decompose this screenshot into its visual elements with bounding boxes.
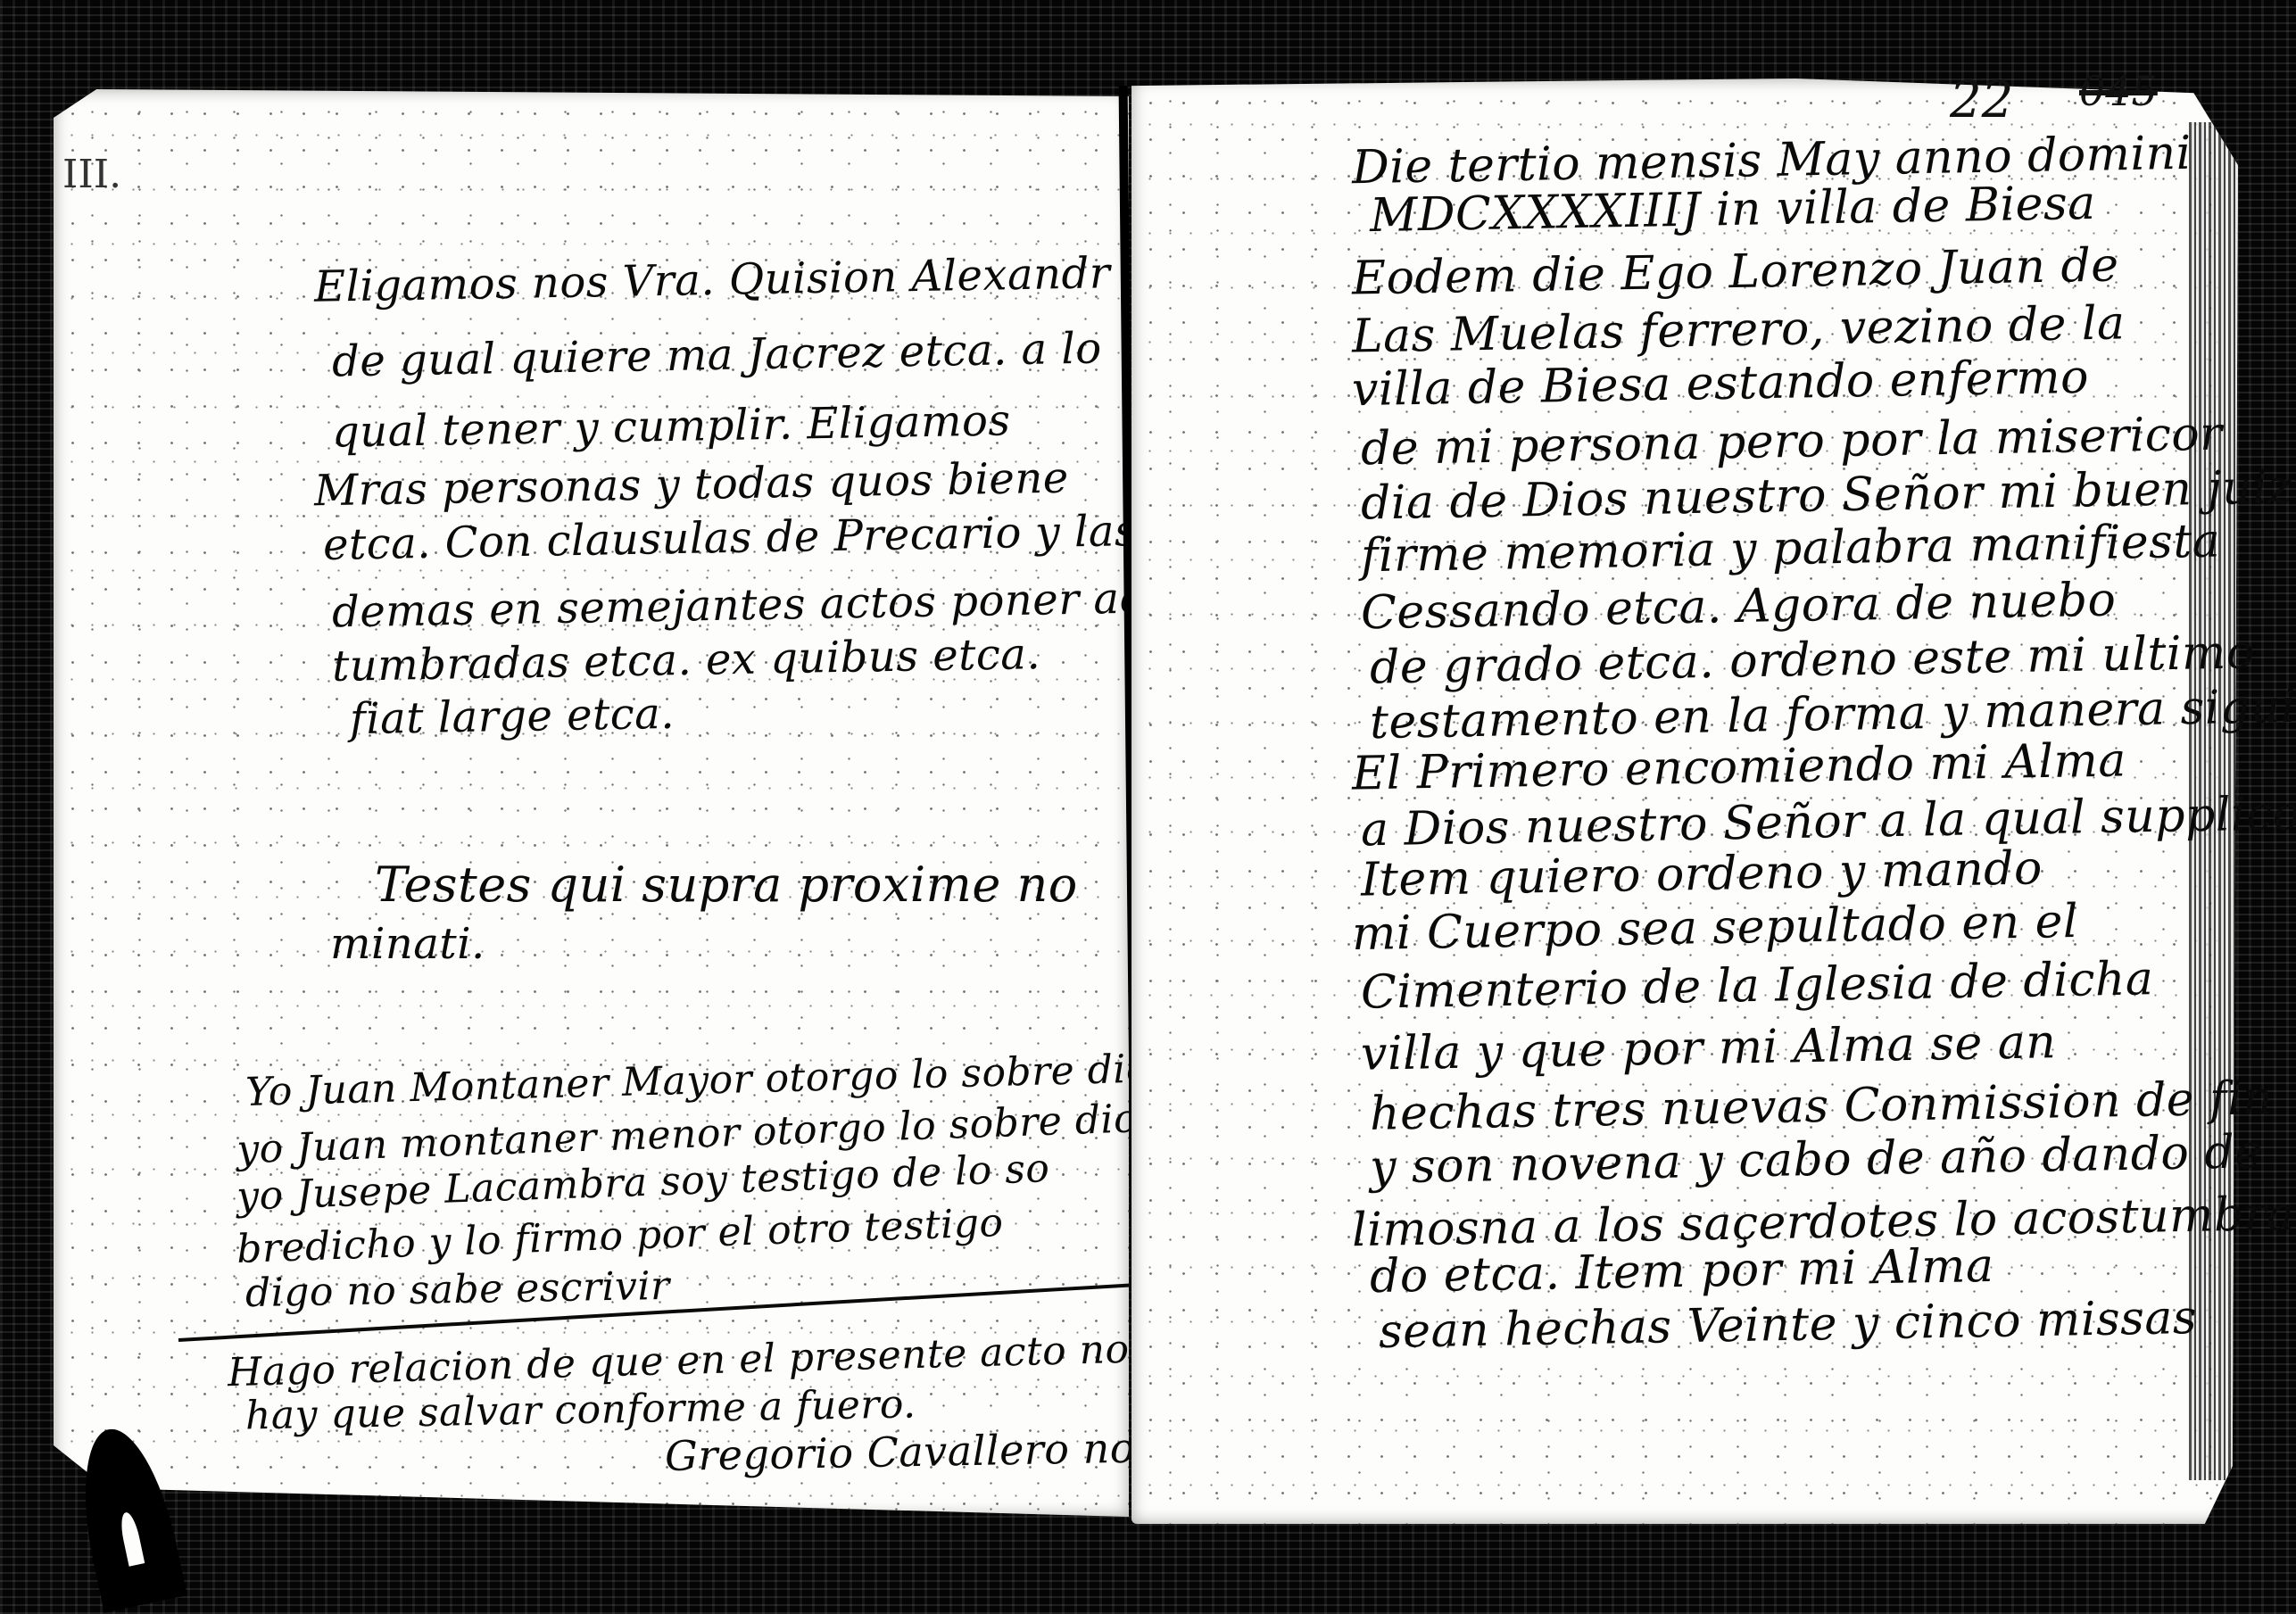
notary-signature: Gregorio Cavallero notº — [665, 1423, 1173, 1480]
folio-number-struck: 045 — [2079, 67, 2158, 115]
folio-number: 22 — [1950, 71, 2013, 129]
text-line: Testes qui supra proxime no — [375, 857, 1078, 913]
signature-line: digo no sabe escrivir — [245, 1263, 670, 1316]
text-line: fiat large etca. — [350, 689, 676, 744]
text-line: minati. — [330, 919, 485, 969]
left-page-marker: III. — [62, 152, 121, 197]
text-line: do etca. Item por mi Alma — [1370, 1239, 1994, 1304]
